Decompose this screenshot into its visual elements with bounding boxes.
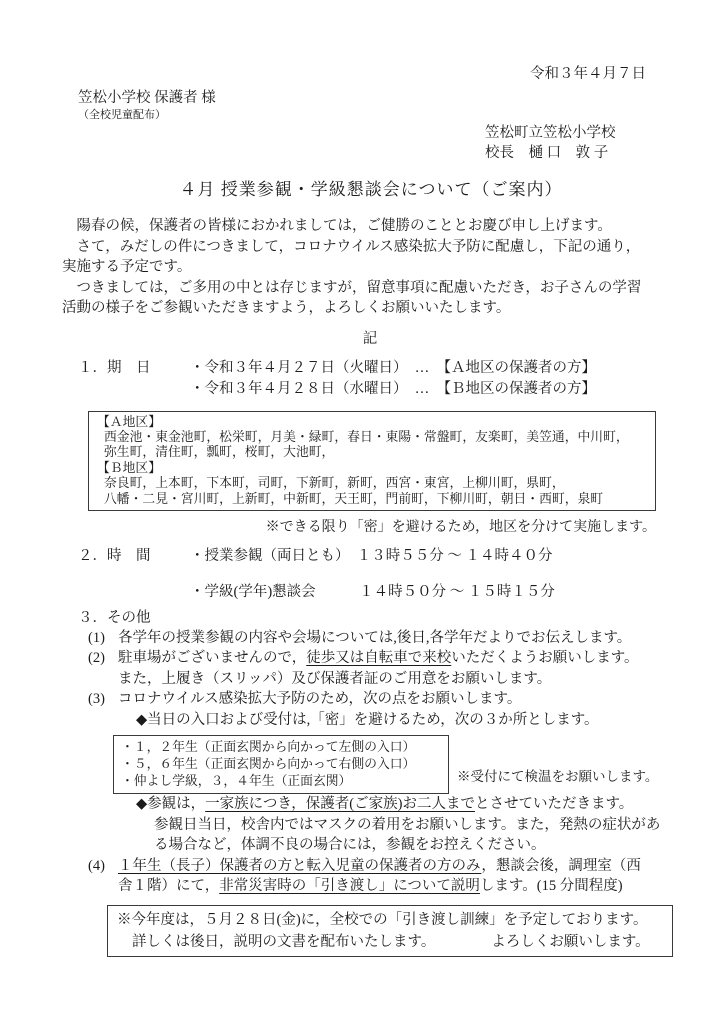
- drill-notice-line2-b: よろしくお願いします。: [491, 934, 649, 950]
- bullet2-suffix: とさせていただきます。: [475, 796, 633, 812]
- temperature-check-note: ※受付にて検温をお願いします。: [457, 768, 658, 785]
- document-title: ４月 授業参観・学級懇談会について（ご案内）: [62, 178, 680, 202]
- period-dates: ・令和３年４月２７日（火曜日） … 【Ａ地区の保護者の方】 ・令和３年４月２８日…: [190, 358, 596, 400]
- item-text: コロナウイルス感染拡大予防のため，次の点をお願いします。: [118, 689, 680, 710]
- greeting-paragraphs: 陽春の候，保護者の皆様におかれましては，ご健勝のこととお慶び申し上げます。 さて…: [62, 216, 680, 319]
- section-period-label: １．期 日: [78, 358, 190, 400]
- district-b-header: 【Ｂ地区】: [97, 461, 647, 476]
- other-item-2: (2) 駐車場がございませんので，徒歩又は自転車で来校いただくようお願いします。: [88, 648, 680, 669]
- item4-line2-suffix: します。(15 分間程度): [480, 878, 623, 894]
- entrance-grade-34: ・仲よし学級，３，４年生（正面玄関）: [121, 773, 441, 790]
- greeting-line: 陽春の候，保護者の皆様におかれましては，ご健勝のこととお慶び申し上げます。: [62, 216, 680, 237]
- item2-suffix: いただくようお願いします。: [451, 650, 638, 666]
- item2-prefix: 駐車場がございませんので，: [118, 650, 306, 666]
- district-b-towns-line2: 八幡・二見・宮川町，上新町，中新町，天王町，門前町，下柳川町，朝日・西町，泉町: [97, 492, 647, 507]
- item-text: 各学年の授業参観の内容や会場については,後日,各学年だよりでお伝えします。: [118, 628, 680, 649]
- greeting-line: 活動の様子をご参観いただきますよう，よろしくお願いいたします。: [62, 298, 680, 319]
- item-text: 駐車場がございませんので，徒歩又は自転車で来校いただくようお願いします。: [118, 648, 680, 669]
- document-page: 令和３年４月７日 笠松小学校 保護者 様 （全校児童配布） 笠松町立笠松小学校 …: [0, 0, 724, 1024]
- item-number: (4): [88, 856, 118, 877]
- section-time: ２．時 間 ・授業参観（両日とも） １３時５５分 ～ １４時４０分: [78, 546, 680, 567]
- district-b-towns-line1: 奈良町，上本町，下本町，司町，下新町，新町，西宮・東宮，上柳川町，県町，: [97, 476, 647, 491]
- distribution-note: （全校児童配布）: [78, 108, 680, 122]
- period-date-a: ・令和３年４月２７日（火曜日） … 【Ａ地区の保護者の方】: [190, 358, 596, 379]
- greeting-line: つきましては，ご多用の中とは存じますが，留意事項に配慮いただき，お子さんの学習: [62, 278, 680, 299]
- period-date-b: ・令和３年４月２８日（水曜日） … 【Ｂ地区の保護者の方】: [190, 379, 596, 400]
- item2-underlined: 徒歩又は自転車で来校: [306, 650, 451, 666]
- item4-middle: ，懇談会後，調理室（西: [481, 858, 641, 874]
- issue-date: 令和３年４月７日: [62, 64, 680, 84]
- item4-line2-prefix: 舎１階）にて，: [118, 878, 219, 894]
- drill-notice-box: ※今年度は，５月２８日(金)に，全校での「引き渡し訓練」を予定しております。 詳…: [107, 905, 673, 957]
- greeting-line: 実施する予定です。: [62, 257, 680, 278]
- item4-underlined-1: １年生（長子）保護者の方と転入児童の保護者の方のみ: [118, 858, 481, 874]
- bullet2-underlined: 一家族につき，保護者(ご家族)お二人まで: [205, 796, 475, 812]
- mask-note-line1: 参観日当日，校舎内ではマスクの着用をお願いします。また，発熱の症状があ: [154, 815, 680, 836]
- drill-notice-line2-a: 詳しくは後日，説明の文書を配布いたします。: [132, 934, 435, 950]
- item-number: (3): [88, 689, 118, 710]
- section-period: １．期 日 ・令和３年４月２７日（火曜日） … 【Ａ地区の保護者の方】 ・令和３…: [78, 358, 680, 400]
- item-number: (1): [88, 628, 118, 649]
- document-content: 令和３年４月７日 笠松小学校 保護者 様 （全校児童配布） 笠松町立笠松小学校 …: [0, 0, 724, 957]
- other-item-2-continued: また，上履き（スリッパ）及び保護者証のご用意をお願いします。: [118, 669, 680, 690]
- district-a-header: 【Ａ地区】: [97, 415, 647, 430]
- section-time-label: ２．時 間: [78, 546, 190, 567]
- school-name: 笠松町立笠松小学校: [485, 124, 680, 144]
- item4-underlined-2: 非常災害時の「引き渡し」について説明: [219, 878, 480, 894]
- district-a-towns-line2: 弥生町，清住町，瓢町，桜町，大池町，: [97, 445, 647, 460]
- item-text: １年生（長子）保護者の方と転入児童の保護者の方のみ，懇談会後，調理室（西: [118, 856, 680, 877]
- other-item-4-continued: 舎１階）にて，非常災害時の「引き渡し」について説明します。(15 分間程度): [118, 876, 680, 897]
- bullet2-prefix: ◆参観は，: [136, 796, 205, 812]
- entrance-grade-56: ・５，６年生（正面玄関から向かって右側の入口）: [121, 756, 441, 773]
- drill-notice-line2: 詳しくは後日，説明の文書を配布いたします。よろしくお願いします。: [117, 931, 663, 953]
- district-a-towns-line1: 西金池・東金池町，松栄町，月美・緑町，春日・東陽・常盤町，友楽町，美笠通，中川町…: [97, 430, 647, 445]
- record-marker: 記: [62, 329, 680, 350]
- district-box: 【Ａ地区】 西金池・東金池町，松栄町，月美・緑町，春日・東陽・常盤町，友楽町，美…: [88, 411, 656, 511]
- entrance-box: ・１，２年生（正面玄関から向かって左側の入口） ・５，６年生（正面玄関から向かっ…: [113, 735, 449, 794]
- district-note: ※できる限り「密」を避けるため，地区を分けて実施します。: [62, 518, 680, 537]
- recipient-line: 笠松小学校 保護者 様: [78, 88, 680, 108]
- visitor-limit-bullet: ◆参観は，一家族につき，保護者(ご家族)お二人までとさせていただきます。: [136, 794, 680, 815]
- other-item-4: (4) １年生（長子）保護者の方と転入児童の保護者の方のみ，懇談会後，調理室（西: [88, 856, 680, 877]
- drill-notice-line1: ※今年度は，５月２８日(金)に，全校での「引き渡し訓練」を予定しております。: [117, 909, 663, 931]
- entrance-grade-12: ・１，２年生（正面玄関から向かって左側の入口）: [121, 739, 441, 756]
- item-number: (2): [88, 648, 118, 669]
- other-item-1: (1) 各学年の授業参観の内容や会場については,後日,各学年だよりでお伝えします…: [88, 628, 680, 649]
- principal-name: 校長 樋 口 敦 子: [485, 144, 680, 164]
- entrance-bullet: ◆当日の入口および受付は,「密」を避けるため，次の３か所とします。: [136, 710, 680, 731]
- time-row-observation: ・授業参観（両日とも） １３時５５分 ～ １４時４０分: [190, 546, 553, 567]
- section-other-label: ３．その他: [78, 608, 680, 628]
- entrance-row: ・１，２年生（正面玄関から向かって左側の入口） ・５，６年生（正面玄関から向かっ…: [113, 735, 680, 794]
- other-item-3: (3) コロナウイルス感染拡大予防のため，次の点をお願いします。: [88, 689, 680, 710]
- greeting-line: さて，みだしの件につきまして，コロナウイルス感染拡大予防に配慮し，下記の通り，: [62, 237, 680, 258]
- time-row-meeting: ・学級(学年)懇談会 １４時５０分 ～ １５時１５分: [190, 582, 680, 602]
- mask-note-line2: る場合など，体調不良の場合には，参観をお控えください。: [154, 835, 680, 856]
- sender-block: 笠松町立笠松小学校 校長 樋 口 敦 子: [485, 124, 680, 163]
